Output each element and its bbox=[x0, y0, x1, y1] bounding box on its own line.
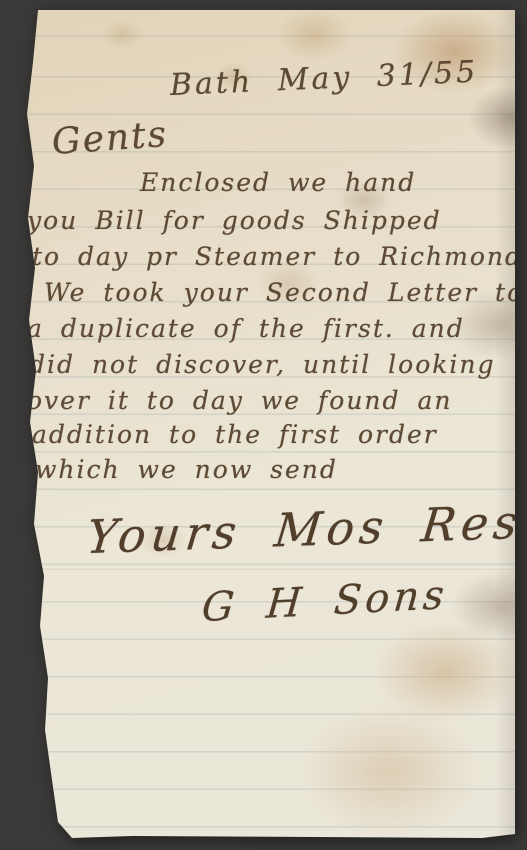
salutation: Gents bbox=[51, 114, 170, 163]
fold-crease bbox=[12, 567, 515, 570]
letter-paper-wrap: Bath May 31/55 Gents Enclosed we hand yo… bbox=[12, 10, 515, 838]
body-line: We took your Second Letter to be bbox=[44, 278, 527, 307]
letter-paper: Bath May 31/55 Gents Enclosed we hand yo… bbox=[12, 10, 515, 838]
body-line: addition to the first order bbox=[32, 420, 438, 449]
body-line: Enclosed we hand bbox=[140, 168, 416, 197]
body-line: did not discover, until looking bbox=[29, 350, 496, 379]
closing-line: Yours Mos Rest bbox=[84, 494, 527, 564]
signature-line: G H Sons bbox=[200, 572, 450, 631]
letter-scan-background: Bath May 31/55 Gents Enclosed we hand yo… bbox=[0, 0, 527, 850]
body-line: a duplicate of the first. and bbox=[27, 314, 465, 343]
body-line: you Bill for goods Shipped bbox=[27, 206, 442, 235]
body-line: to day pr Steamer to Richmond bbox=[32, 242, 523, 271]
body-line: over it to day we found an bbox=[27, 386, 452, 415]
body-line: which we now send bbox=[35, 455, 338, 484]
dateline: Bath May 31/55 bbox=[169, 55, 479, 103]
